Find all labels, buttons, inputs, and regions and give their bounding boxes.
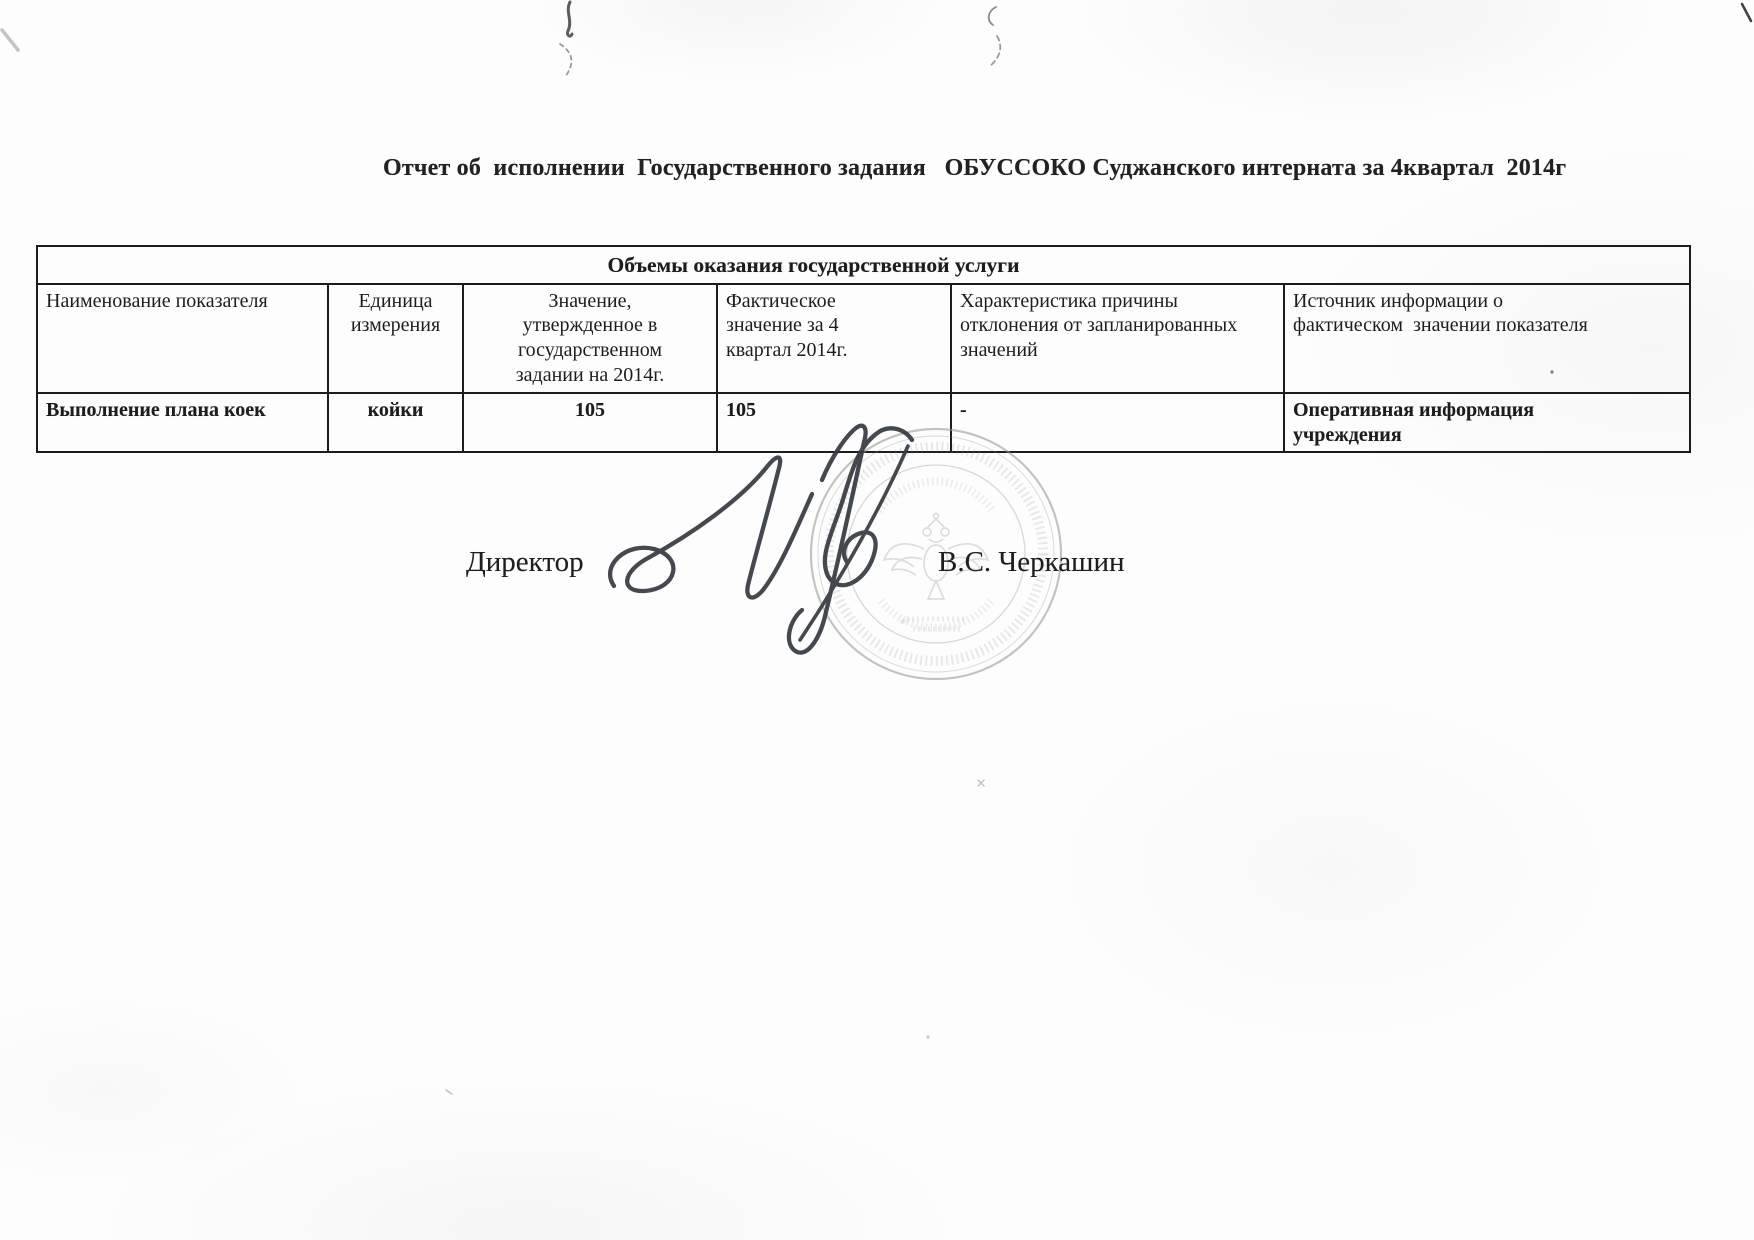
speck-bottom-center [926,1035,930,1039]
table-caption-row: Объемы оказания государственной услуги [37,246,1690,284]
director-signature [598,398,942,682]
cell-info-source: Оперативная информация учреждения [1284,393,1690,453]
director-role-label: Директор [466,546,584,579]
corner-tick-top-right [1742,4,1751,21]
header-info-source: Источник информации о фактическом значен… [1284,284,1690,393]
header-actual-value: Фактическое значение за 4 квартал 2014г. [717,284,951,393]
pen-curve-top-left [560,44,571,77]
document-title: Отчет об исполнении Государственного зад… [383,155,1566,182]
cell-unit: койки [328,393,463,453]
table-header-row: Наименование показателя Единица измерени… [37,284,1690,393]
speck-bottom-left [446,1090,452,1094]
speck-center [978,780,984,786]
pen-mark-top-center [989,7,996,25]
header-deviation-reason: Характеристика причины отклонения от зап… [951,284,1284,393]
pen-mark-top-left [568,2,572,36]
scanned-report-page: Отчет об исполнении Государственного зад… [0,0,1754,1240]
edge-smudge-left [2,30,18,50]
table-caption: Объемы оказания государственной услуги [37,246,1690,284]
signer-name: В.С. Черкашин [938,546,1125,579]
header-indicator-name: Наименование показателя [37,284,328,393]
header-approved-value: Значение, утвержденное в государственном… [463,284,717,393]
pen-curve-top-center [989,36,1000,67]
header-unit: Единица измерения [328,284,463,393]
cell-indicator-name: Выполнение плана коек [37,393,328,453]
